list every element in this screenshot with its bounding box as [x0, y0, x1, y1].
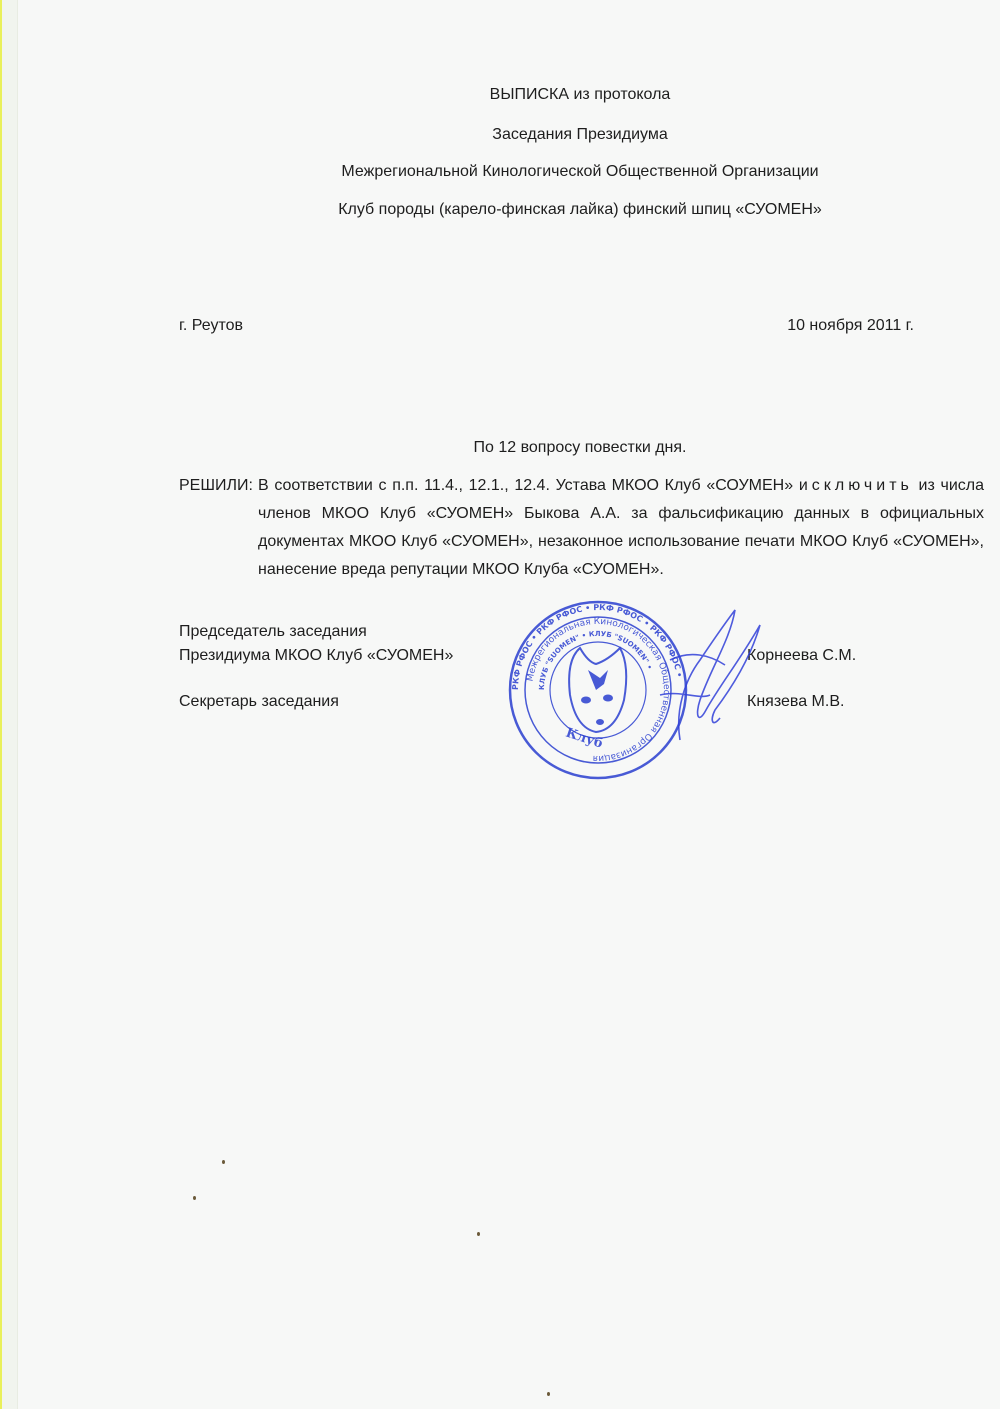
city: г. Реутов [179, 317, 243, 335]
scan-speck [547, 1392, 550, 1396]
chair-title-line2: Президиума МКОО Клуб «СУОМЕН» [179, 647, 453, 665]
date: 10 ноября 2011 г. [787, 317, 914, 335]
scan-speck [193, 1196, 196, 1200]
scan-speck [477, 1232, 480, 1236]
doc-subtitle: Заседания Президиума [0, 126, 1000, 144]
dog-head-icon [569, 648, 626, 732]
decision-text: В соответствии с п.п. 11.4., 12.1., 12.4… [258, 472, 984, 584]
doc-title: ВЫПИСКА из протокола [0, 86, 1000, 104]
chair-title-line1: Председатель заседания [179, 623, 367, 641]
agenda-item: По 12 вопросу повестки дня. [0, 439, 1000, 457]
secretary-title: Секретарь заседания [179, 693, 339, 711]
decision-text-before: В соответствии с п.п. 11.4., 12.1., 12.4… [258, 477, 799, 494]
decision-label: РЕШИЛИ: [179, 472, 253, 500]
scan-speck [222, 1160, 225, 1164]
decision-spaced-word: исключить [799, 477, 913, 494]
signature-mark [640, 600, 770, 750]
club-name: Клуб породы (карело-финская лайка) финск… [0, 201, 1000, 219]
stamp-center-text: Клуб [564, 726, 605, 752]
org-name: Межрегиональной Кинологической Обществен… [0, 163, 1000, 181]
